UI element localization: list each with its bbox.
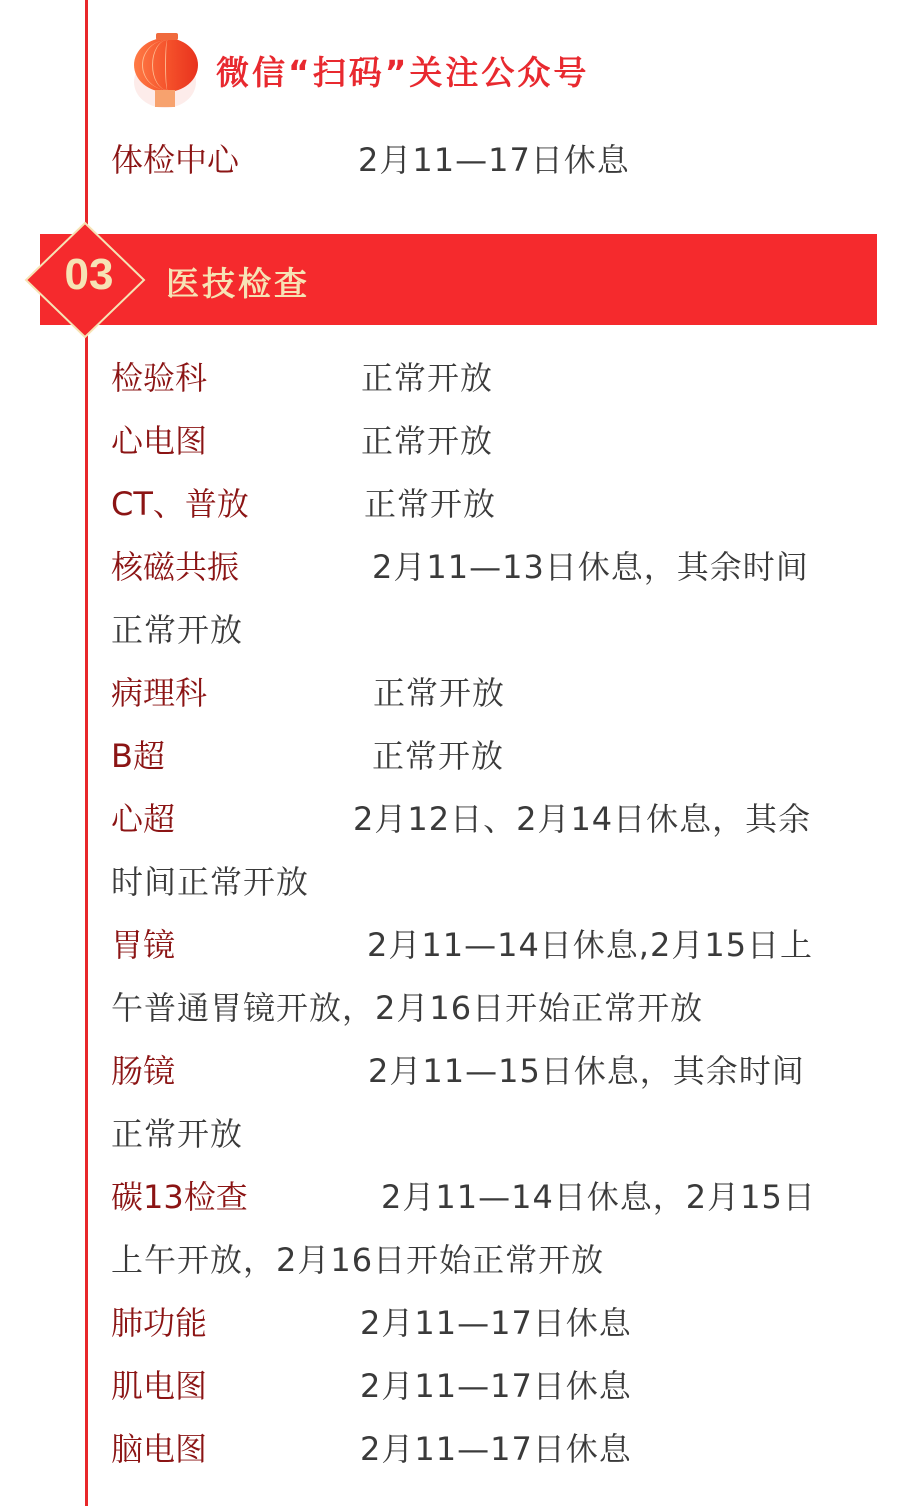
item-status-continuation: 上午开放，2月16日开始正常开放	[111, 1240, 604, 1280]
item-name: CT、普放	[111, 484, 249, 524]
wechat-follow-header: 微信“扫码”关注公众号	[130, 30, 589, 110]
item-name: 核磁共振	[111, 547, 239, 587]
item-status: 2月12日、2月14日休息，其余	[353, 799, 811, 839]
item-status-continuation: 时间正常开放	[111, 862, 309, 902]
item-name: 碳13检查	[111, 1177, 248, 1217]
section-title: 医技检查	[166, 258, 310, 305]
item-status: 正常开放	[361, 358, 493, 398]
item-status: 2月11—17日休息	[360, 1366, 632, 1406]
item-status: 正常开放	[372, 736, 504, 776]
item-status-continuation: 正常开放	[111, 610, 243, 650]
item-status: 正常开放	[364, 484, 496, 524]
item-status: 2月11—13日休息，其余时间	[372, 547, 809, 587]
lantern-icon	[130, 30, 204, 110]
item-status: 2月11—14日休息,2月15日上	[367, 925, 813, 965]
wechat-follow-title: 微信“扫码”关注公众号	[216, 47, 589, 94]
item-status: 正常开放	[361, 421, 493, 461]
item-status: 2月11—15日休息，其余时间	[368, 1051, 805, 1091]
item-status-continuation: 午普通胃镜开放，2月16日开始正常开放	[111, 988, 703, 1028]
item-name: 心超	[111, 799, 175, 839]
item-name: 胃镜	[111, 925, 175, 965]
item-name: 脑电图	[111, 1429, 207, 1469]
item-status: 2月11—17日休息	[358, 140, 630, 180]
item-status: 2月11—14日休息，2月15日	[381, 1177, 816, 1217]
item-name: 检验科	[111, 358, 207, 398]
item-status-continuation: 正常开放	[111, 1114, 243, 1154]
item-status: 2月11—17日休息	[360, 1429, 632, 1469]
section-number: 03	[52, 250, 126, 300]
item-status: 2月11—17日休息	[360, 1303, 632, 1343]
item-name: 肌电图	[111, 1366, 207, 1406]
item-name: B超	[111, 736, 165, 776]
item-name: 心电图	[111, 421, 207, 461]
item-name: 肺功能	[111, 1303, 207, 1343]
item-name: 体检中心	[111, 140, 239, 180]
item-status: 正常开放	[373, 673, 505, 713]
item-name: 肠镜	[111, 1051, 175, 1091]
item-name: 病理科	[111, 673, 207, 713]
